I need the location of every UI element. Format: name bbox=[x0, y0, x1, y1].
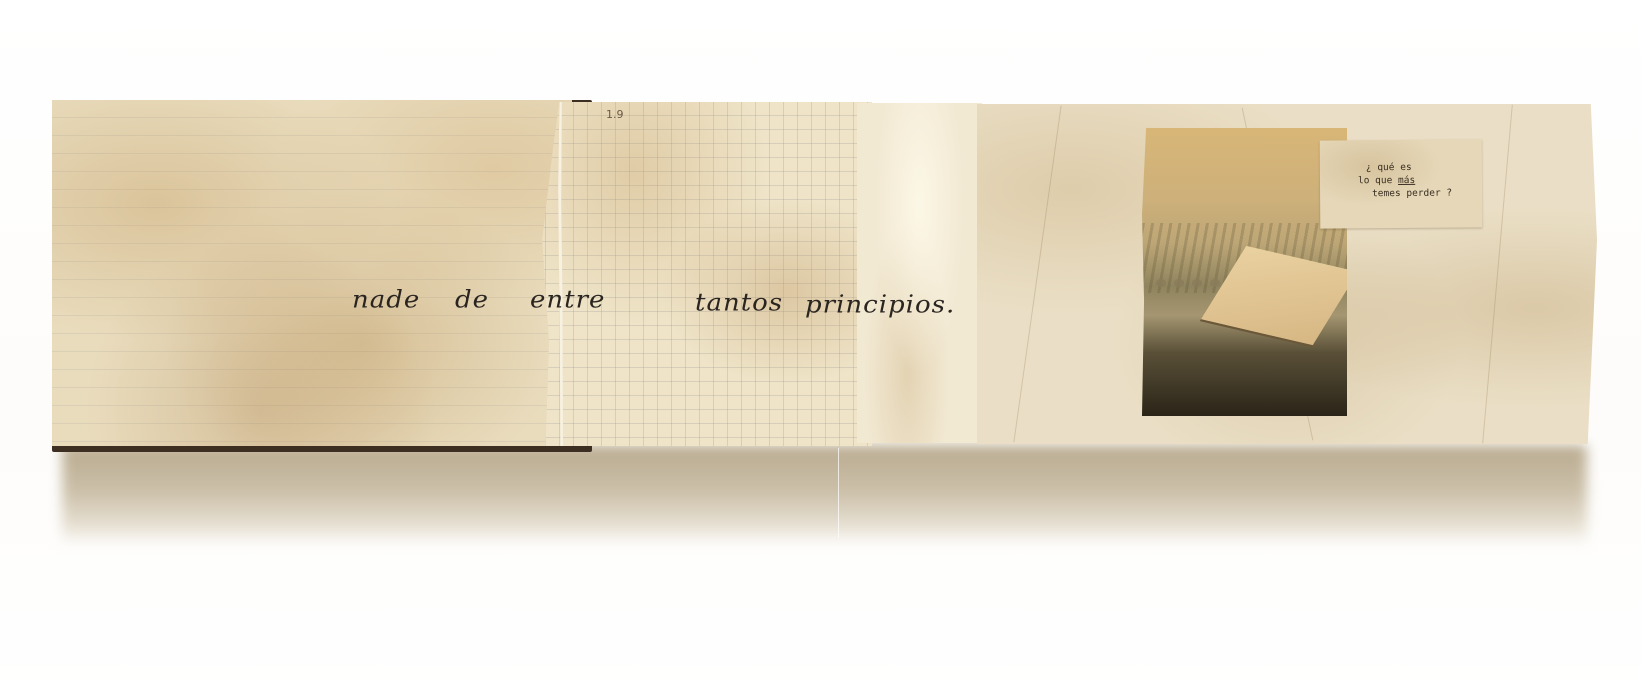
handwritten-word: entre bbox=[530, 286, 605, 315]
book-shadow bbox=[62, 445, 1587, 545]
typed-line-2: lo que más bbox=[1358, 174, 1415, 187]
crease bbox=[1482, 105, 1513, 444]
plain-paper-strip bbox=[857, 103, 982, 443]
typed-label: ¿ qué es lo que más temes perder ? bbox=[1320, 139, 1483, 228]
shadow-fold-line bbox=[838, 448, 839, 538]
typed-line-2-pre: lo que bbox=[1358, 175, 1398, 186]
handwritten-word: nade bbox=[352, 286, 420, 315]
handwritten-word: tantos bbox=[695, 289, 783, 318]
handwritten-word: principios. bbox=[805, 291, 955, 320]
crease bbox=[1013, 106, 1061, 443]
photograph-scene: 1.9 nade de entre tantos principios. ¿ q… bbox=[0, 0, 1641, 700]
typed-line-1: ¿ qué es bbox=[1366, 161, 1412, 174]
lined-paper-panel bbox=[52, 100, 572, 446]
handwritten-word: de bbox=[455, 286, 489, 315]
grid-paper-panel bbox=[532, 102, 872, 446]
sepia-photo bbox=[1142, 128, 1347, 416]
typed-line-3: temes perder ? bbox=[1372, 187, 1452, 201]
typed-underlined-word: más bbox=[1398, 175, 1415, 186]
pencil-mark: 1.9 bbox=[606, 108, 624, 121]
